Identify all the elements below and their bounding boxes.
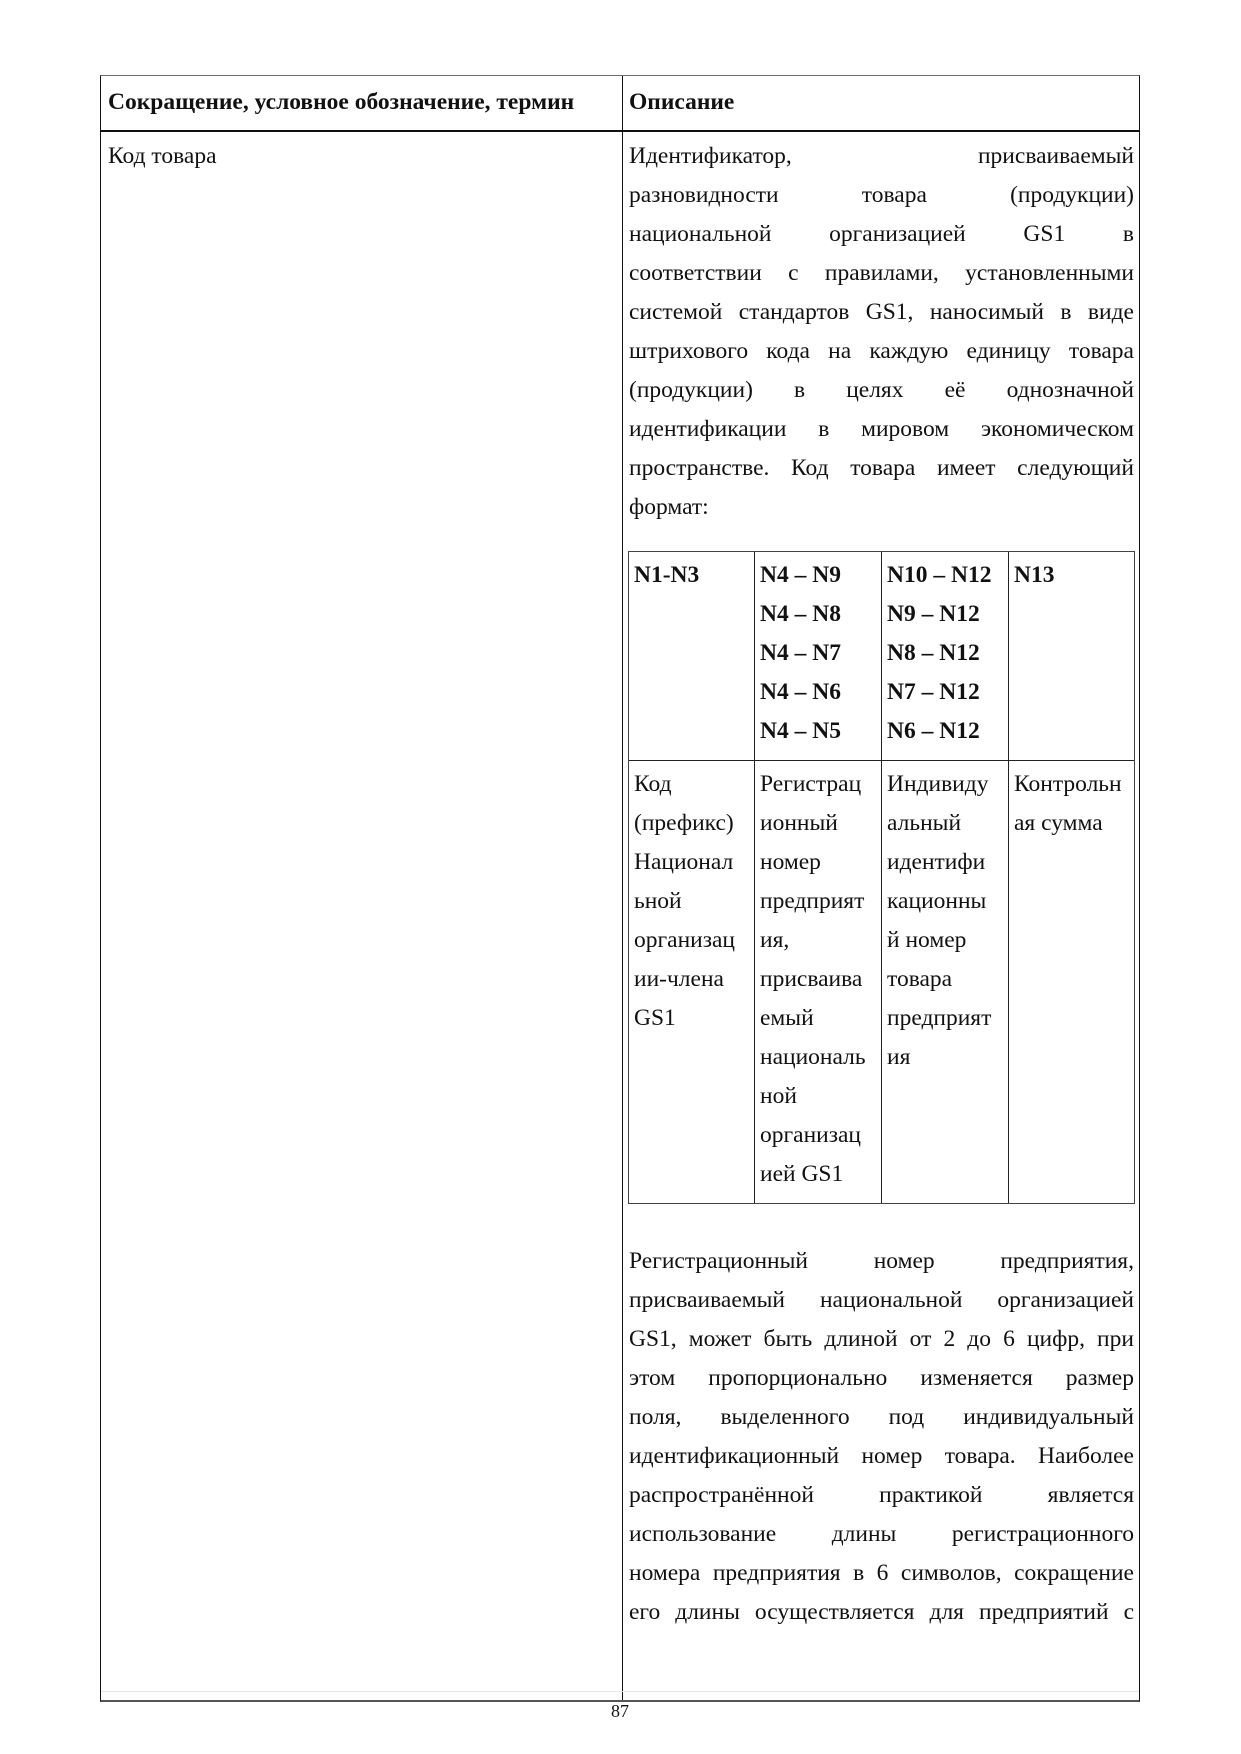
cell-line: товара bbox=[887, 960, 991, 999]
format-description-cell: Контрольн ая сумма bbox=[1014, 765, 1122, 843]
text-line: поля,выделенногоподиндивидуальный bbox=[629, 1398, 1134, 1437]
format-header-cell: N10 – N12 N9 – N12 N8 – N12 N7 – N12 N6 … bbox=[887, 556, 991, 751]
text-line: использованиедлинырегистрационного bbox=[629, 1515, 1134, 1554]
text-line: системойстандартовGS1,наносимыйввиде bbox=[629, 293, 1134, 332]
code-format-table: N1-N3 N4 – N9 N4 – N8 N4 – N7 N4 – N6 N4… bbox=[628, 551, 1135, 1204]
cell-line: Регистрац bbox=[760, 765, 866, 804]
text-line: (продукции)вцеляхеёоднозначной bbox=[629, 371, 1134, 410]
cell-line: кационны bbox=[887, 882, 991, 921]
text-line: Регистрационныйномерпредприятия, bbox=[629, 1242, 1134, 1281]
cell-line: альный bbox=[887, 804, 991, 843]
description-continuation: Регистрационныйномерпредприятия, присваи… bbox=[629, 1242, 1134, 1632]
cell-line: Контрольн bbox=[1014, 765, 1122, 804]
text-line: формат: bbox=[629, 488, 1134, 527]
description-intro: Идентификатор,присваиваемый разновидност… bbox=[629, 137, 1134, 527]
column-header-term: Сокращение, условное обозначение, термин bbox=[108, 83, 574, 122]
text-line: штриховогокоданакаждуюединицутовара bbox=[629, 332, 1134, 371]
text-line: GS1,можетбытьдлинойот2до6цифр,при bbox=[629, 1320, 1134, 1359]
text-line: разновидноститовара(продукции) bbox=[629, 176, 1134, 215]
format-header-cell: N1-N3 bbox=[634, 556, 699, 595]
column-header-description: Описание bbox=[629, 83, 734, 122]
text-line: соответствиисправилами,установленными bbox=[629, 254, 1134, 293]
text-line: Идентификатор,присваиваемый bbox=[629, 137, 1134, 176]
document-page: Сокращение, условное обозначение, термин… bbox=[0, 0, 1241, 1754]
cell-line: идентифи bbox=[887, 843, 991, 882]
cell-line: ия bbox=[887, 1038, 991, 1077]
cell-line: N4 – N6 bbox=[760, 673, 841, 712]
cell-line: N9 – N12 bbox=[887, 595, 991, 634]
page-number-text: 87 bbox=[611, 1700, 629, 1722]
cell-line: Национал bbox=[634, 843, 735, 882]
cell-line: националь bbox=[760, 1038, 866, 1077]
inner-row-divider bbox=[629, 760, 1134, 761]
cell-line: N8 – N12 bbox=[887, 634, 991, 673]
inner-column-divider bbox=[754, 552, 755, 1203]
cell-line: GS1 bbox=[634, 999, 735, 1038]
header-rule bbox=[101, 130, 1139, 132]
inner-column-divider bbox=[881, 552, 882, 1203]
cell-line: N13 bbox=[1014, 556, 1054, 595]
cell-line: Индивиду bbox=[887, 765, 991, 804]
format-description-cell: Код (префикс) Национал ьной организац ии… bbox=[634, 765, 735, 1038]
format-header-cell: N13 bbox=[1014, 556, 1054, 595]
cell-line: номер bbox=[760, 843, 866, 882]
cell-line: N1-N3 bbox=[634, 556, 699, 595]
cell-line: предприят bbox=[887, 999, 991, 1038]
cell-line: предприят bbox=[760, 882, 866, 921]
text-line: идентификациивмировомэкономическом bbox=[629, 410, 1134, 449]
text-line: номерапредприятияв6символов,сокращение bbox=[629, 1554, 1134, 1593]
cell-line: Код bbox=[634, 765, 735, 804]
text-line: национальнойорганизациейGS1в bbox=[629, 215, 1134, 254]
cell-line: й номер bbox=[887, 921, 991, 960]
cell-line: организац bbox=[760, 1116, 866, 1155]
term-cell: Код товара bbox=[108, 137, 217, 176]
page-break-rule bbox=[101, 1691, 1139, 1692]
cell-line: ьной bbox=[634, 882, 735, 921]
inner-column-divider bbox=[1008, 552, 1009, 1203]
cell-line: ии-члена bbox=[634, 960, 735, 999]
cell-line: N4 – N7 bbox=[760, 634, 841, 673]
text-line: распространённойпрактикойявляется bbox=[629, 1476, 1134, 1515]
cell-line: (префикс) bbox=[634, 804, 735, 843]
cell-line: ией GS1 bbox=[760, 1155, 866, 1194]
cell-line: N4 – N8 bbox=[760, 595, 841, 634]
cell-line: N10 – N12 bbox=[887, 556, 991, 595]
cell-line: организац bbox=[634, 921, 735, 960]
text-line: пространстве.Кодтовараимеетследующий bbox=[629, 449, 1134, 488]
cell-line: ая сумма bbox=[1014, 804, 1122, 843]
text-line: егодлиныосуществляетсядляпредприятийс bbox=[629, 1593, 1134, 1632]
format-header-cell: N4 – N9 N4 – N8 N4 – N7 N4 – N6 N4 – N5 bbox=[760, 556, 841, 751]
column-divider bbox=[622, 76, 623, 1700]
cell-line: ионный bbox=[760, 804, 866, 843]
cell-line: ия, bbox=[760, 921, 866, 960]
abbreviations-table: Сокращение, условное обозначение, термин… bbox=[100, 75, 1140, 1702]
text-line: этомпропорциональноизменяетсяразмер bbox=[629, 1359, 1134, 1398]
cell-line: N4 – N9 bbox=[760, 556, 841, 595]
format-description-cell: Регистрац ионный номер предприят ия, при… bbox=[760, 765, 866, 1194]
cell-line: N7 – N12 bbox=[887, 673, 991, 712]
cell-line: присваива bbox=[760, 960, 866, 999]
format-description-cell: Индивиду альный идентифи кационны й номе… bbox=[887, 765, 991, 1077]
cell-line: N4 – N5 bbox=[760, 712, 841, 751]
cell-line: N6 – N12 bbox=[887, 712, 991, 751]
cell-line: емый bbox=[760, 999, 866, 1038]
text-line: идентификационныйномертовара.Наиболее bbox=[629, 1437, 1134, 1476]
cell-line: ной bbox=[760, 1077, 866, 1116]
text-line: присваиваемыйнациональнойорганизацией bbox=[629, 1281, 1134, 1320]
